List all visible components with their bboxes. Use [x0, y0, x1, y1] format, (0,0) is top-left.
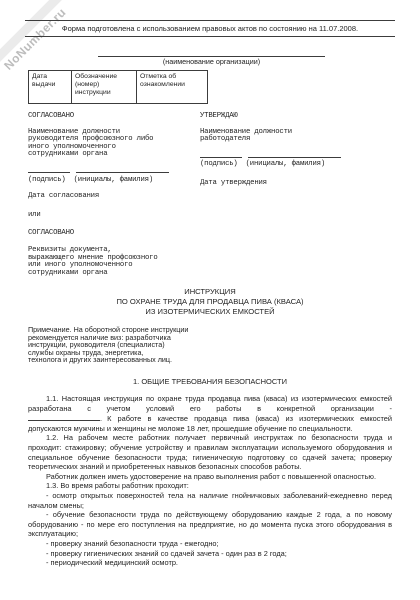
col-issue-date: Дата выдачи: [29, 71, 72, 104]
form-prepared-header: Форма подготовлена с использованием прав…: [25, 20, 395, 37]
name-line: [76, 165, 169, 173]
organization-name-caption: (наименование организации): [98, 58, 325, 66]
document-title: ИНСТРУКЦИЯ ПО ОХРАНЕ ТРУДА ДЛЯ ПРОДАВЦА …: [28, 287, 392, 317]
table-row: Дата выдачи Обозначение (номер) инструкц…: [29, 71, 208, 104]
section-1-heading: 1. ОБЩИЕ ТРЕБОВАНИЯ БЕЗОПАСНОСТИ: [28, 377, 392, 386]
title-line: ИНСТРУКЦИЯ: [28, 287, 392, 297]
signature-line: [200, 150, 242, 158]
col-acknowledgement-mark: Отметка об ознакомлении: [137, 71, 208, 104]
title-line: ИЗ ИЗОТЕРМИЧЕСКИХ ЕМКОСТЕЙ: [28, 307, 392, 317]
name-line: [248, 150, 341, 158]
list-item-medical: - периодический медицинский осмотр.: [28, 558, 392, 568]
agreed-label-2: СОГЛАСОВАНО: [28, 230, 198, 238]
list-item-knowledge-check: - проверку знаний безопасности труда - е…: [28, 539, 392, 549]
instruction-issue-table: Дата выдачи Обозначение (номер) инструкц…: [28, 70, 208, 104]
paragraph-certificate: Работник должен иметь удостоверение на п…: [28, 472, 392, 482]
agreement-right-column: УТВЕРЖДАЮ Наименование должности работод…: [200, 113, 400, 188]
body-text: 1.1. Настоящая инструкция по охране труд…: [28, 394, 392, 568]
signature-caption: (подпись)(инициалы, фамилия): [28, 177, 198, 185]
blank-period: .: [100, 414, 102, 423]
list-item-training: - обучение безопасности труда по действу…: [28, 510, 392, 539]
paragraph-1-3: 1.3. Во время работы работник проходит:: [28, 481, 392, 491]
approve-label: УТВЕРЖДАЮ: [200, 113, 400, 121]
agreement-left-column: СОГЛАСОВАНО Наименование должности руков…: [28, 113, 198, 277]
document-page: NoNumber.ru Форма подготовлена с использ…: [0, 0, 420, 600]
requisites-line: сотрудниками органа: [28, 270, 198, 278]
paragraph-1-2: 1.2. На рабочем месте работник получает …: [28, 433, 392, 471]
or-label: или: [28, 212, 198, 220]
organization-name-line: [98, 44, 325, 57]
agreed-label: СОГЛАСОВАНО: [28, 113, 198, 121]
union-position-line: сотрудниками органа: [28, 151, 198, 159]
agreement-date-label: Дата согласования: [28, 193, 198, 201]
list-item-exam: - осмотр открытых поверхностей тела на н…: [28, 491, 392, 510]
fill-in-blank-line: [28, 413, 100, 421]
note-line: технолога и других заинтересованных лиц.: [28, 356, 238, 364]
title-line: ПО ОХРАНЕ ТРУДА ДЛЯ ПРОДАВЦА ПИВА (КВАСА…: [28, 297, 392, 307]
col-instruction-number: Обозначение (номер) инструкции: [72, 71, 137, 104]
approval-date-label: Дата утверждения: [200, 180, 400, 188]
employer-position-line: работодателя: [200, 136, 400, 144]
paragraph-blank-continuation: .К работе в качестве продавца пива (квас…: [28, 413, 392, 433]
paragraph-1-1: 1.1. Настоящая инструкция по охране труд…: [28, 394, 392, 413]
signature-line: [28, 165, 70, 173]
signature-caption: (подпись)(инициалы, фамилия): [200, 161, 400, 169]
note-block: Примечание. На оборотной стороне инструк…: [28, 326, 238, 364]
list-item-hygiene-check: - проверку гигиенических знаний со сдаче…: [28, 549, 392, 559]
